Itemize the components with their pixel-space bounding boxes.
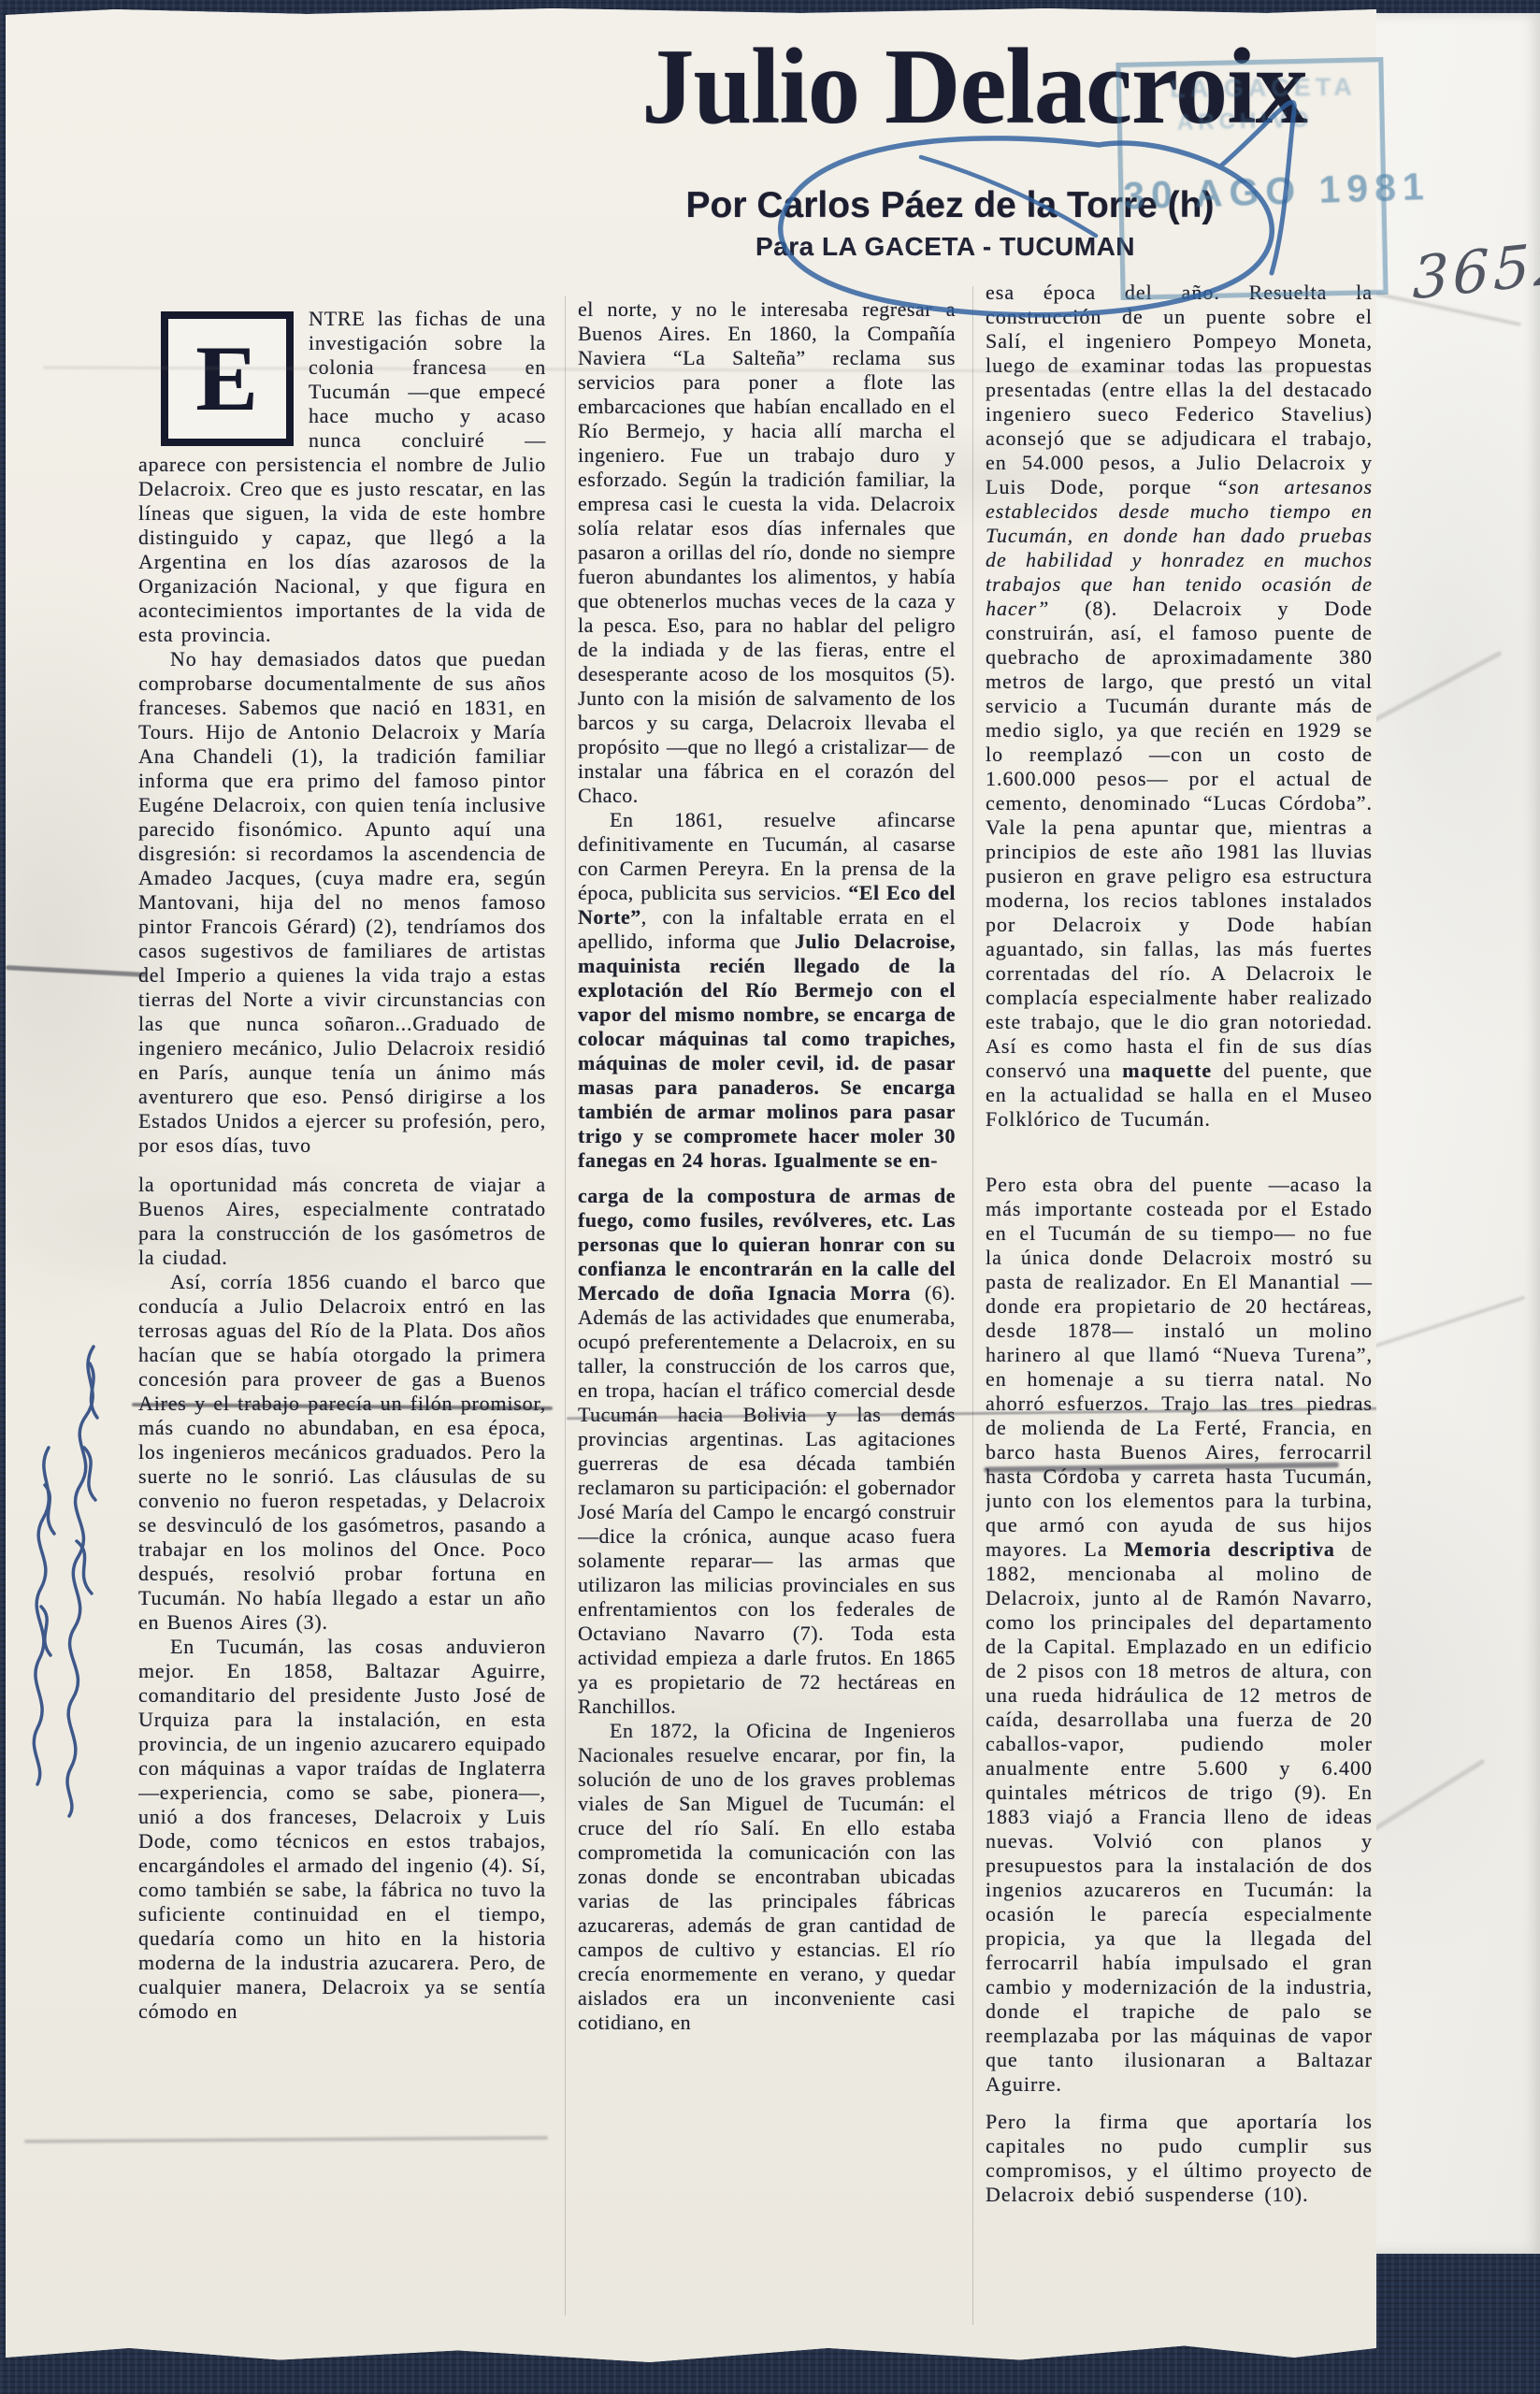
text-run: No hay demasiados datos que puedan compr…	[138, 647, 546, 1157]
article-paragraph: ENTRE las fichas de una investigación so…	[138, 307, 546, 647]
article-paragraph: En 1872, la Oficina de Ingenieros Nacion…	[578, 1719, 956, 2035]
text-run: Pero esta obra del puente —acaso la más …	[986, 1173, 1373, 1561]
paper-seam	[986, 1132, 1373, 1173]
article-paragraph: No hay demasiados datos que puedan compr…	[138, 647, 546, 1158]
text-run: Pero la firma que aportaría los capitale…	[986, 2110, 1373, 2206]
article-paragraph: carga de la compostura de armas de fuego…	[578, 1184, 956, 1719]
stamp-org-line: LA GACETA	[1134, 72, 1392, 104]
article-column-1: ENTRE las fichas de una investigación so…	[138, 307, 546, 2362]
drop-cap-box: E	[161, 311, 294, 446]
text-run: Julio Delacroise, maquinista recién lleg…	[578, 930, 956, 1172]
text-run: el norte, y no le interesaba regresar a …	[578, 297, 956, 807]
archive-stamp: LA GACETA ARCHIVO 30 AGO 1981	[1115, 57, 1388, 300]
scan-page: Julio Delacroix Por Carlos Páez de la To…	[0, 0, 1540, 2394]
article-paragraph: la oportunidad más concreta de viajar a …	[138, 1173, 546, 1270]
stamp-date: 30 AGO 1981	[1123, 166, 1382, 219]
article-paragraph: En 1861, resuelve afincarse definitivame…	[578, 808, 956, 1173]
article-paragraph: Pero la firma que aportaría los capitale…	[986, 2110, 1373, 2207]
article-column-3: esa época del año. Resuelta la construcc…	[986, 281, 1373, 2375]
text-run: (6). Además de las actividades que enume…	[578, 1281, 956, 1718]
article-paragraph: Pero esta obra del puente —acaso la más …	[986, 1173, 1373, 2097]
text-run: En 1872, la Oficina de Ingenieros Nacion…	[578, 1719, 956, 2034]
text-run: (8). Delacroix y Dode construirán, así, …	[986, 597, 1373, 1082]
paper-crease	[6, 965, 146, 977]
article-column-2: el norte, y no le interesaba regresar a …	[578, 297, 956, 2334]
margin-handwriting	[4, 1307, 125, 1840]
text-run: la oportunidad más concreta de viajar a …	[138, 1173, 546, 1269]
text-run: Así, corría 1856 cuando el barco que con…	[138, 1270, 546, 1634]
paper-seam	[986, 2097, 1373, 2110]
column-rule	[972, 286, 973, 2325]
text-run: carga de la compostura de armas de fuego…	[578, 1184, 956, 1305]
drop-cap-letter: E	[195, 332, 259, 425]
article-paragraph: En Tucumán, las cosas anduvieron mejor. …	[138, 1635, 546, 2024]
paper-seam	[578, 1173, 956, 1184]
article-paragraph: Así, corría 1856 cuando el barco que con…	[138, 1270, 546, 1635]
text-run: esa época del año. Resuelta la construcc…	[986, 281, 1373, 498]
text-run: de 1882, mencionaba al molino de Delacro…	[986, 1537, 1373, 2096]
article-paragraph: esa época del año. Resuelta la construcc…	[986, 281, 1373, 1132]
text-run: maquette	[1122, 1059, 1212, 1082]
stamp-org-line: ARCHIVO	[1115, 106, 1374, 137]
text-run: Memoria descriptiva	[1124, 1537, 1335, 1561]
text-run: En Tucumán, las cosas anduvieron mejor. …	[138, 1635, 546, 2023]
paper-seam	[138, 1158, 546, 1173]
newspaper-clipping: Julio Delacroix Por Carlos Páez de la To…	[6, 6, 1376, 2362]
article-paragraph: el norte, y no le interesaba regresar a …	[578, 297, 956, 808]
column-rule	[565, 296, 566, 2315]
